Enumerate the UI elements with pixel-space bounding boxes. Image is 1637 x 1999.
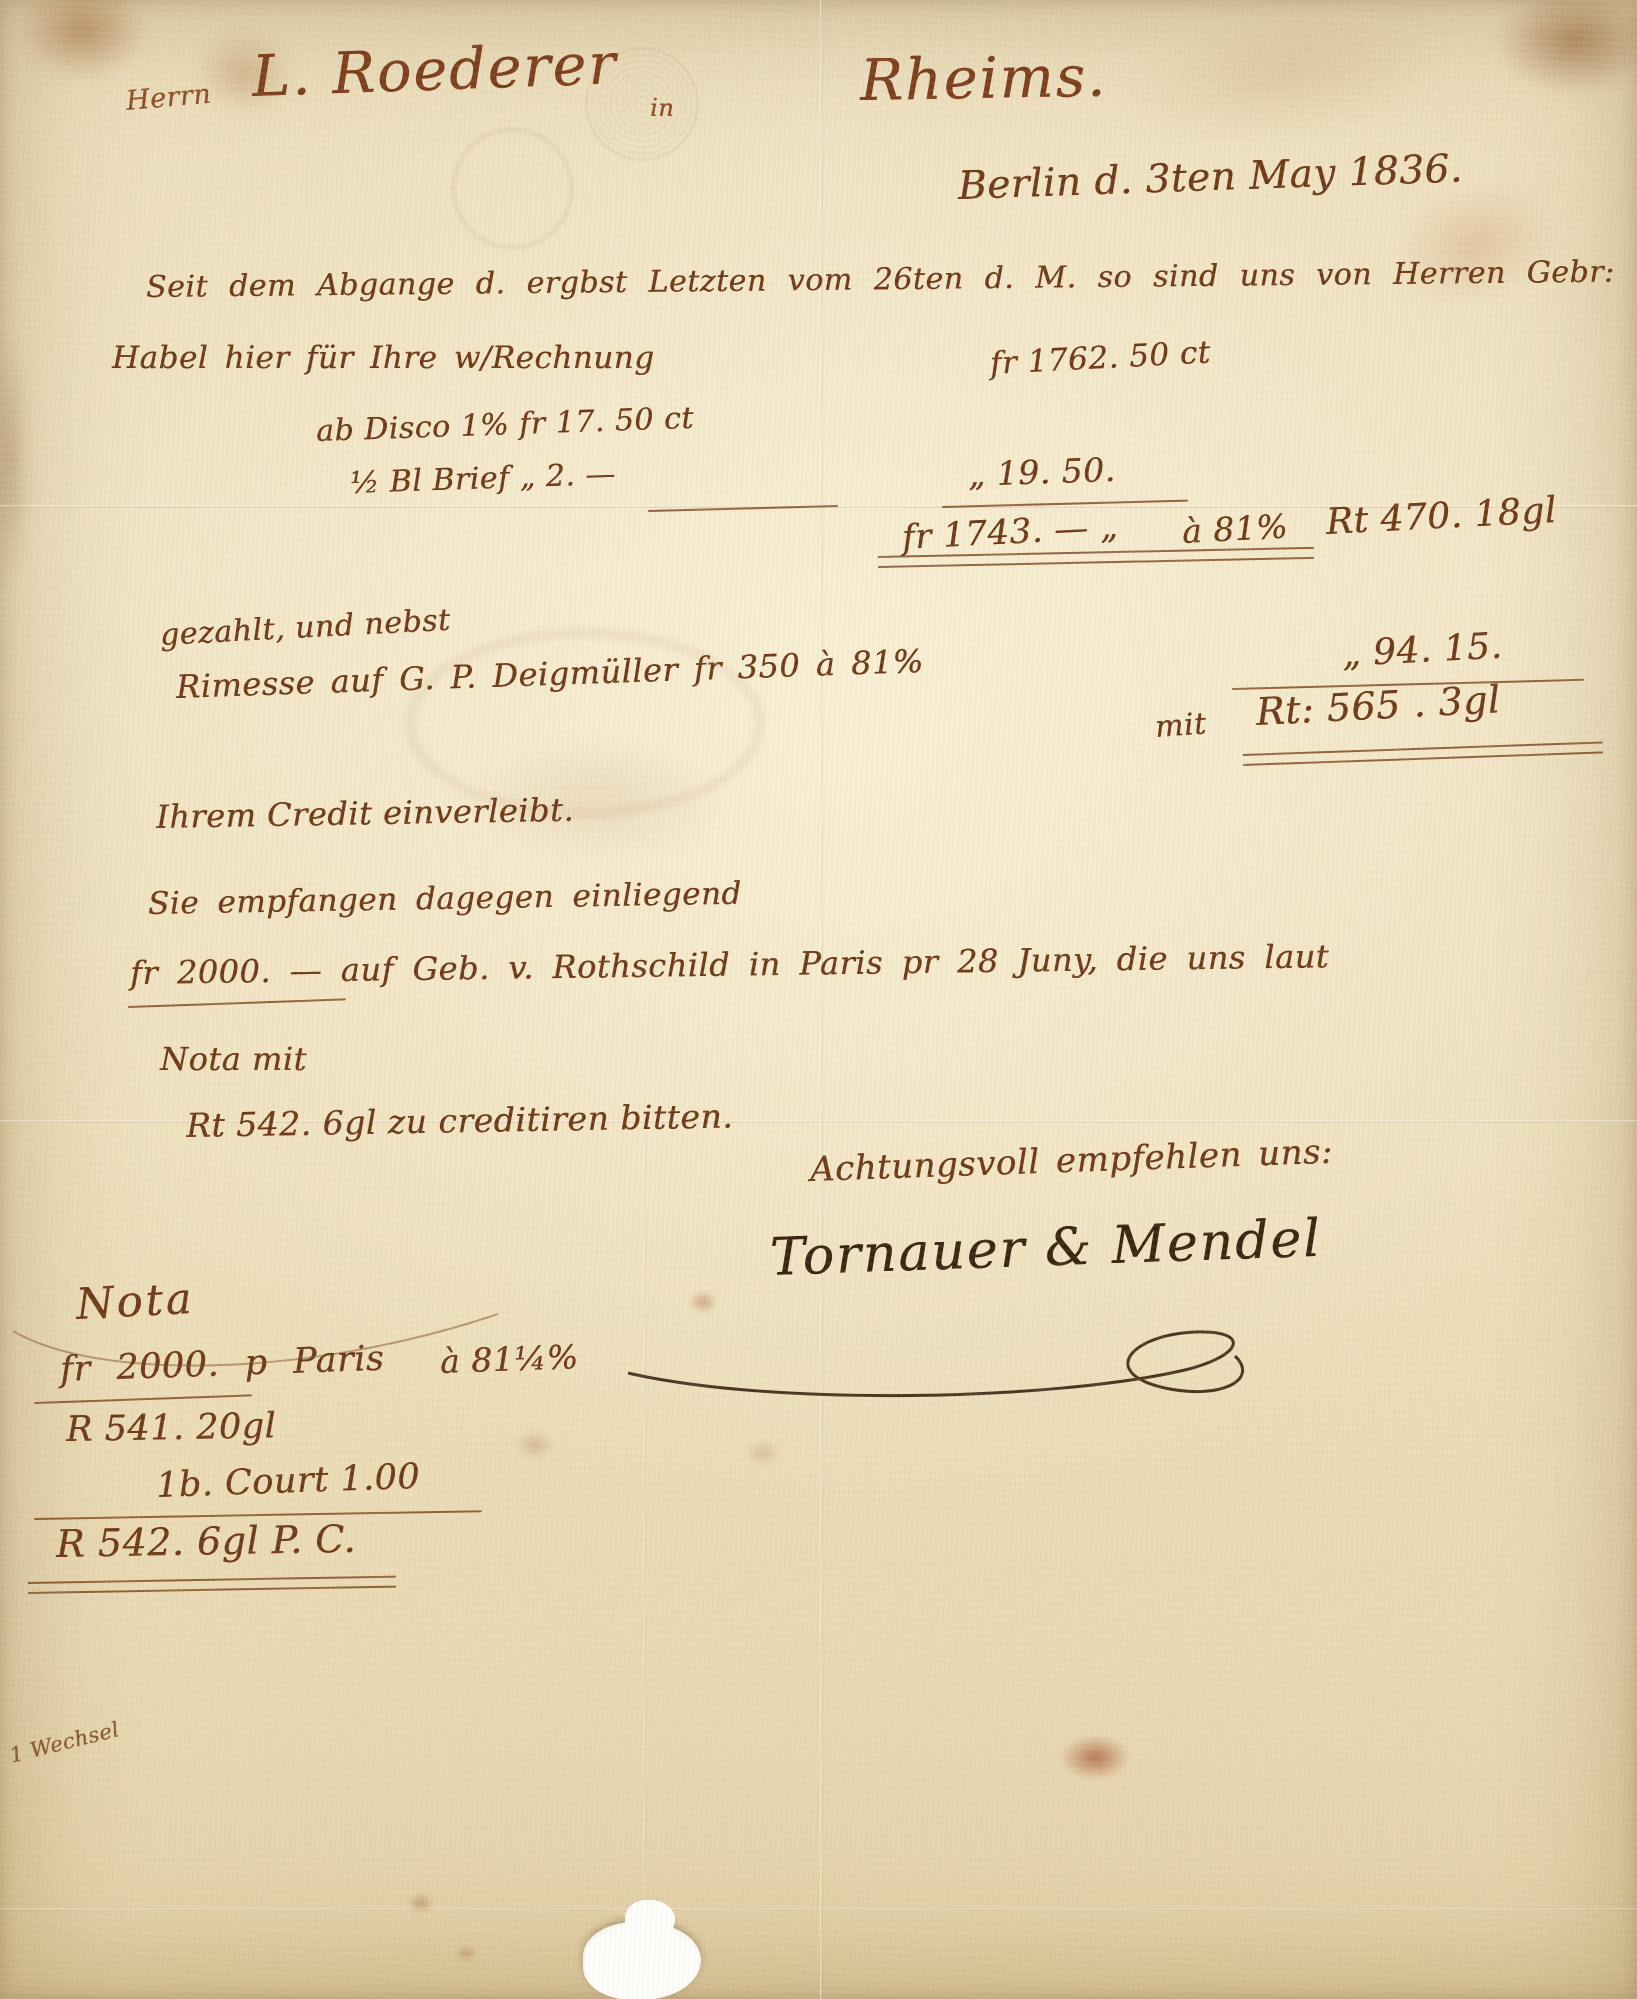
remittance-line: Rimesse auf G. P. Deigmüller fr 350 à 81… — [175, 642, 924, 706]
exchange-rate: à 81% — [1181, 506, 1289, 550]
fold-crease-vertical — [820, 0, 823, 1999]
enclosure-line-3: Nota mit — [160, 1040, 307, 1078]
enclosure-line-2: fr 2000. — auf Geb. v. Rothschild in Par… — [130, 937, 1330, 992]
closing-line: Achtungsvoll empfehlen uns: — [809, 1132, 1333, 1190]
stain — [1495, 0, 1637, 95]
dateline: Berlin d. 3ten May 1836. — [957, 146, 1463, 209]
stain — [18, 0, 148, 80]
deduction-brief: ½ Bl Brief „ 2. — — [349, 457, 616, 501]
amount-francs-gross: fr 1762. 50 ct — [989, 334, 1211, 382]
recipient-city: Rheims. — [859, 44, 1107, 114]
stain — [0, 330, 30, 590]
recipient-preposition: in — [650, 94, 674, 122]
stain — [515, 1430, 555, 1460]
deduction-sum: „ 19. 50. — [967, 450, 1116, 494]
double-underline — [28, 1576, 396, 1594]
stain — [1060, 1735, 1130, 1780]
underline — [648, 505, 838, 512]
letter-scan: Herrn L. Roederer in Rheims. Berlin d. 3… — [0, 0, 1637, 1999]
deduction-disco: ab Disco 1% fr 17. 50 ct — [315, 401, 694, 449]
stain — [455, 1945, 477, 1961]
nota-line-2: R 541. 20gl — [66, 1406, 277, 1450]
fold-crease-horizontal — [0, 1908, 1637, 1911]
total-label: mit — [1154, 706, 1208, 745]
credit-line: Ihrem Credit einverleibt. — [156, 791, 575, 836]
recipient-salutation: Herrn — [125, 79, 213, 117]
paper-hole — [625, 1900, 675, 1940]
underline — [34, 1394, 252, 1404]
nota-rate: à 81¼% — [439, 1337, 579, 1381]
enclosure-line-1: Sie empfangen dagegen einliegend — [148, 876, 742, 922]
signature: Tornauer & Mendel — [769, 1209, 1323, 1288]
nota-total: R 542. 6gl P. C. — [56, 1517, 357, 1566]
underline — [942, 500, 1188, 508]
stain — [408, 1893, 434, 1913]
amount-francs-net: fr 1743. — „ — [901, 507, 1119, 558]
postmark-ghost — [452, 128, 573, 249]
enclosure-line-4: Rt 542. 6gl zu creditiren bitten. — [186, 1096, 734, 1145]
ink-bleedthrough — [1113, 0, 1458, 162]
stain — [745, 1440, 781, 1466]
signature-flourish — [620, 1318, 1270, 1413]
double-underline — [1243, 741, 1603, 766]
recipient-name: L. Roederer — [251, 31, 619, 110]
fold-crease-vertical — [643, 1120, 646, 1999]
underline — [128, 998, 346, 1008]
paid-line: gezahlt, und nebst — [159, 603, 451, 653]
stain — [688, 1290, 718, 1314]
margin-note: 1 Wechsel — [7, 1717, 122, 1767]
remittance-amount: „ 94. 15. — [1341, 626, 1503, 675]
account-line-2: Habel hier für Ihre w/Rechnung — [112, 340, 654, 376]
amount-thaler: Rt 470. 18gl — [1325, 490, 1558, 543]
account-line-1: Seit dem Abgange d. ergbst Letzten vom 2… — [146, 255, 1615, 305]
nota-line-3: 1b. Court 1.00 — [155, 1457, 420, 1506]
